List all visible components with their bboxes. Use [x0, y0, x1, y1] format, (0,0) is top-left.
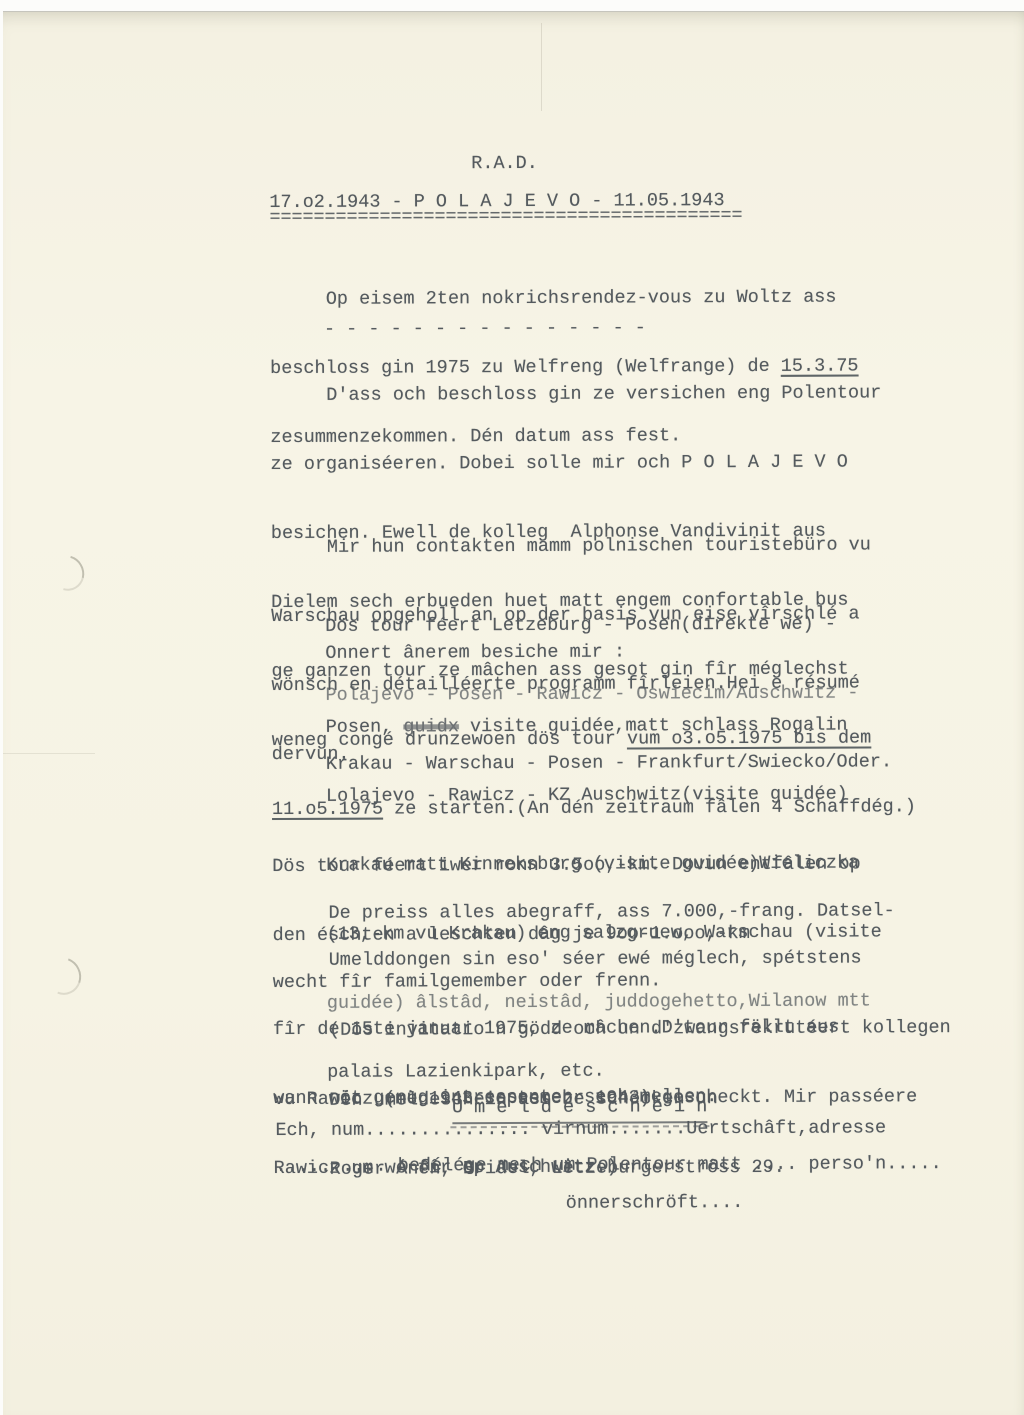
overtyped-word: guidx — [403, 716, 459, 737]
text-line: Posen, guidx visite guidée,matt schlass … — [326, 713, 881, 738]
text-line: ze organiséeren. Dobei solle mir och P O… — [270, 450, 914, 476]
text-segment: Posen, — [326, 716, 404, 737]
typewritten-content: R.A.D. 17.o2.1943 - P O L A J E V O - 11… — [1, 9, 1024, 1415]
letterhead-org: R.A.D. — [471, 152, 538, 175]
text-line: D'ass och beschloss gin ze versichen eng… — [270, 381, 914, 407]
form-signature-line: önnerschröft.... — [566, 1191, 744, 1215]
text-line: Mir hun contakten mamm polnischen touris… — [271, 533, 871, 559]
text-line: Op eisem 2ten nokrichsrendez-vous zu Wol… — [270, 285, 859, 311]
text-segment: visite guidée,matt schlass Rogalin — [459, 715, 848, 738]
text-line: (Dös invitatio'n gödd och un d'zwangsrek… — [273, 1016, 951, 1042]
text-line: Dös tour féert Letzeburg - Posen(direkte… — [325, 612, 891, 637]
scanned-page: R.A.D. 17.o2.1943 - P O L A J E V O - 11… — [3, 11, 1024, 1415]
form-line-persons: .......... bedélége mech um Polentour ma… — [276, 1152, 942, 1178]
form-line-name: Ech, num............... virnum.......Uer… — [275, 1116, 886, 1142]
line-visits-intro: Onnert ânerem besiche mir : — [325, 641, 625, 665]
text-line: Umelddongen sin eso' séer ewé méglech, s… — [273, 946, 862, 972]
text-line: Lolajevo - Rawicz - KZ Auschwitz(visite … — [326, 782, 881, 807]
title-underline-rule: ========================================… — [269, 207, 742, 227]
